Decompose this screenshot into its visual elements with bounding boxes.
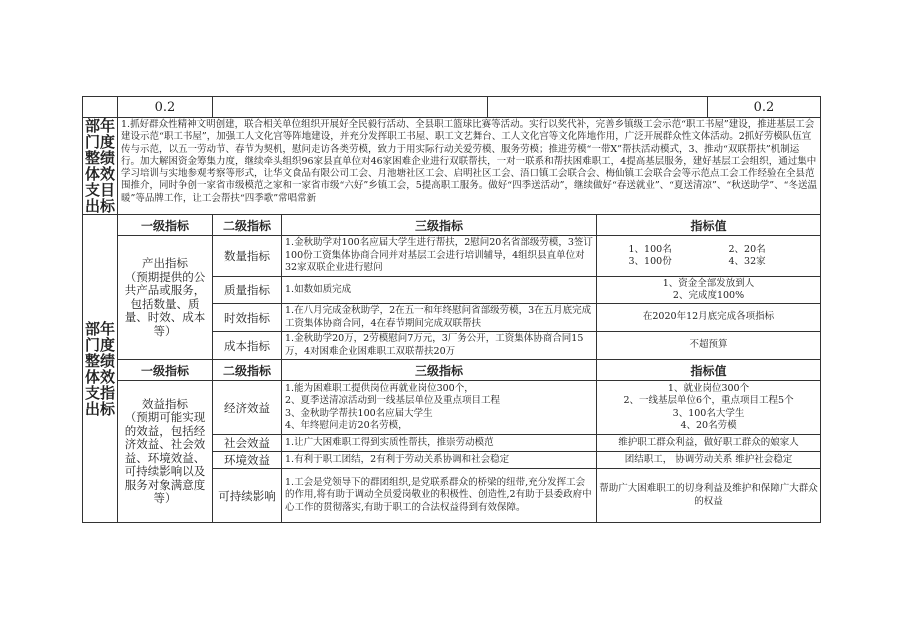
weight-cell-blank [213,97,488,118]
level2-quality: 质量指标 [213,277,282,304]
output-indicator-label: 产出指标 （预期提供的公 共产品或服务， 包括数量、质 量、时效、成本 等） [118,236,213,360]
header-level2: 二级指标 [213,215,282,236]
weight-cell-value: 0.2 [708,97,821,118]
value-item: 4、20名劳模 [599,420,818,433]
side-label-line: 整绩 [85,150,115,166]
summary-text: 1.抓好群众性精神文明创建，联合相关单位组织开展好全民毅行活动、全县职工篮球比赛… [118,118,821,215]
header-level3: 三级指标 [282,215,597,236]
level2-cost: 成本指标 [213,332,282,360]
lvl1-line: 等） [120,325,210,339]
side-label-line: 体效 [85,369,115,385]
value-item: 2、20名 [729,244,789,257]
table-row: 效益指标 （预期可能实现 的效益，包括经 济效益、社会效 益、环境效益、 可持续… [83,381,821,435]
side-label-line: 体效 [85,166,115,182]
level2-environmental: 环境效益 [213,452,282,469]
side-label-line: 出标 [85,401,115,417]
side-label-line: 整绩 [85,353,115,369]
value-cost: 不超预算 [597,332,821,360]
side-label-line: 支目 [85,182,115,198]
side-label-line: 出标 [85,198,115,214]
value-economic: 1、就业岗位300个 2、一线基层单位6个，重点项目工程5个 3、100名大学生… [597,381,821,435]
indicators-side-label: 部年 门度 整绩 体效 支指 出标 [83,215,118,523]
benefit-indicator-label: 效益指标 （预期可能实现 的效益，包括经 济效益、社会效 益、环境效益、 可持续… [118,381,213,523]
lvl1-line: 量、时效、成本 [120,311,210,325]
header-level1: 一级指标 [118,360,213,381]
lvl1-line: 包括数量、质 [120,298,210,312]
level3-environmental: 1.有利于职工团结，2有利于劳动关系协调和社会稳定 [282,452,597,469]
value-item: 1、资金全部发放到人 [599,278,818,291]
side-label-line: 门度 [85,134,115,150]
lvl1-line: 效益指标 [120,398,210,412]
desc-line: 3、金秋助学帮扶100名应届大学生 [285,408,593,421]
lvl1-line: 的效益，包括经 [120,425,210,439]
lvl1-line: 等） [120,492,210,506]
lvl1-line: 服务对象满意度 [120,479,210,493]
level3-quality: 1.如数如质完成 [282,277,597,304]
output-header-row: 部年 门度 整绩 体效 支指 出标 一级指标 二级指标 三级指标 指标值 [83,215,821,236]
level2-economic: 经济效益 [213,381,282,435]
side-label-line: 支指 [85,385,115,401]
performance-targets-table: 部年 门度 整绩 体效 支目 出标 1.抓好群众性精神文明创建，联合相关单位组织… [82,117,821,523]
desc-line: 2、夏季送清凉活动到一线基层单位及重点项目工程 [285,395,593,408]
value-social: 维护职工群众利益，做好职工群众的娘家人 [597,435,821,452]
weight-cell-blank [488,97,708,118]
level3-cost: 1.金秋助学20万，2劳模慰问7万元，3厂务公开，工资集体协商合同15万，4对困… [282,332,597,360]
desc-line: 1.能为困难职工提供岗位再就业岗位300个， [285,383,593,396]
value-quality: 1、资金全部发放到人 2、完成度100% [597,277,821,304]
weight-cell-blank [83,97,118,118]
top-weight-row-table: 0.2 0.2 [82,96,821,118]
lvl1-line: 益、环境效益、 [120,452,210,466]
header-level2: 二级指标 [213,360,282,381]
value-item: 1、就业岗位300个 [599,383,818,396]
lvl1-line: 济效益、社会效 [120,438,210,452]
lvl1-line: （预期可能实现 [120,411,210,425]
level2-sustainable: 可持续影响 [213,469,282,523]
value-sustainable: 帮助广大困难职工的切身利益及维护和保障广大群众的权益 [597,469,821,523]
summary-side-label: 部年 门度 整绩 体效 支目 出标 [83,118,118,215]
summary-row: 部年 门度 整绩 体效 支目 出标 1.抓好群众性精神文明创建，联合相关单位组织… [83,118,821,215]
side-label-line: 部年 [85,321,115,337]
level2-social: 社会效益 [213,435,282,452]
level3-sustainable: 1.工会是党领导下的群团组织,是党联系群众的桥梁的纽带,充分发挥工会的作用,将有… [282,469,597,523]
table-row: 产出指标 （预期提供的公 共产品或服务， 包括数量、质 量、时效、成本 等） 数… [83,236,821,277]
level2-quantity: 数量指标 [213,236,282,277]
header-level3: 三级指标 [282,360,597,381]
lvl1-line: 共产品或服务， [120,284,210,298]
level3-social: 1.让广大困难职工得到实质性帮扶，推崇劳动模范 [282,435,597,452]
side-label-line: 门度 [85,337,115,353]
desc-line: 4、年终慰问走访20名劳模， [285,420,593,433]
lvl1-line: （预期提供的公 [120,271,210,285]
header-level1: 一级指标 [118,215,213,236]
lvl1-line: 可持续影响以及 [120,465,210,479]
value-quantity: 1、100名2、20名 3、100份4、32家 [597,236,821,277]
lvl1-line: 产出指标 [120,257,210,271]
value-environmental: 团结职工， 协调劳动关系 维护社会稳定 [597,452,821,469]
value-timeliness: 在2020年12月底完成各项指标 [597,304,821,332]
weight-row: 0.2 0.2 [83,97,821,118]
value-item: 1、100名 [629,244,689,257]
side-label-line: 部年 [85,118,115,134]
level2-timeliness: 时效指标 [213,304,282,332]
level3-timeliness: 1.在八月完成金秋助学，2在五一和年终慰问省部级劳模，3在五月底完成工资集体协商… [282,304,597,332]
weight-cell-value: 0.2 [118,97,213,118]
value-item: 4、32家 [729,256,789,269]
header-value: 指标值 [597,360,821,381]
value-item: 3、100名大学生 [599,408,818,421]
value-item: 2、一线基层单位6个，重点项目工程5个 [599,395,818,408]
benefit-header-row: 一级指标 二级指标 三级指标 指标值 [83,360,821,381]
level3-economic: 1.能为困难职工提供岗位再就业岗位300个， 2、夏季送清凉活动到一线基层单位及… [282,381,597,435]
header-value: 指标值 [597,215,821,236]
value-item: 2、完成度100% [599,290,818,303]
value-item: 3、100份 [629,256,689,269]
level3-quantity: 1.金秋助学对100名应届大学生进行帮扶，2慰问20名省部级劳模，3签订100份… [282,236,597,277]
